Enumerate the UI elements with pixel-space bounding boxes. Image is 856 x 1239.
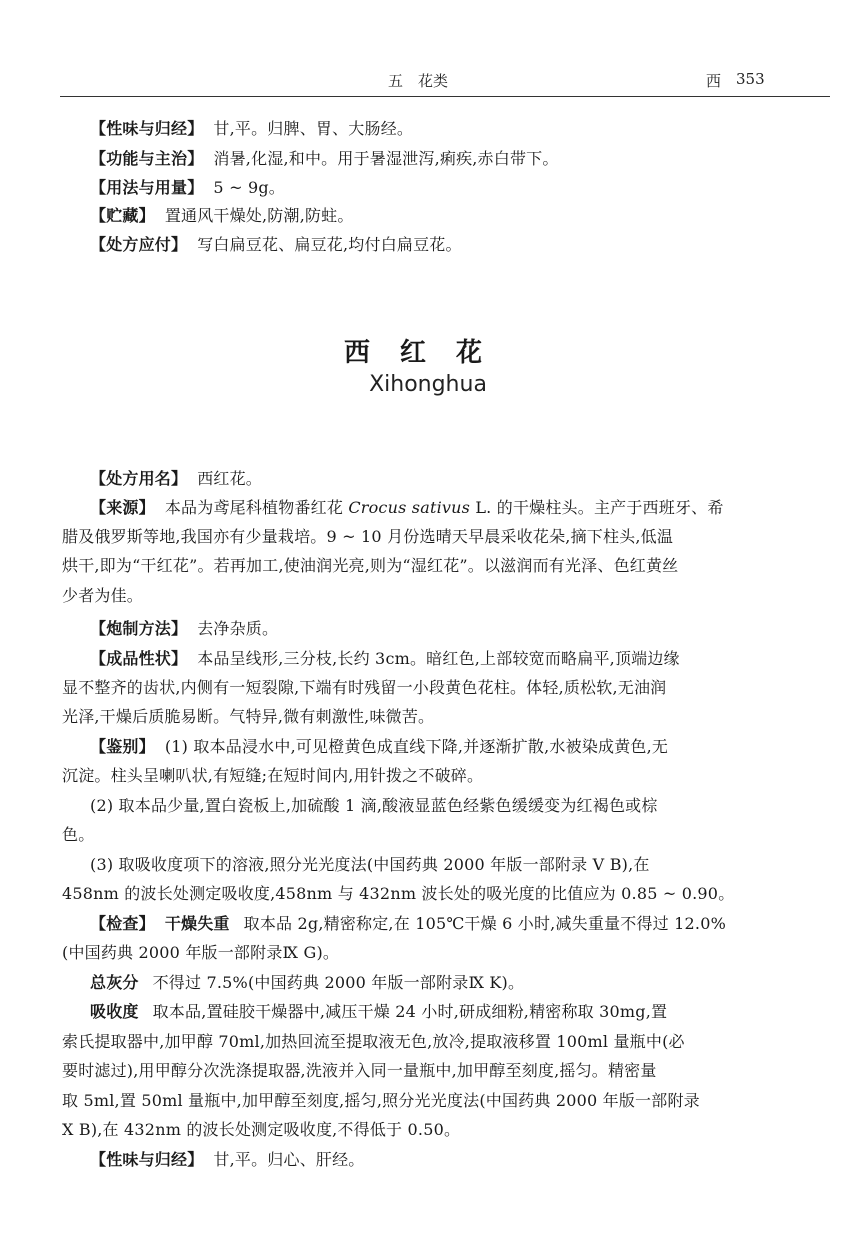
identification-p3-line-2: 458nm 的波长处测定吸收度,458nm 与 432nm 波长处的吸光度的比值…: [62, 883, 822, 905]
processing: 【炮制方法】去净杂质。: [90, 618, 850, 640]
text: 写白扁豆花、扁豆花,均付白扁豆花。: [197, 235, 462, 254]
description-line-2: 显不整齐的齿状,内侧有一短裂隙,下端有时残留一小段黄色花柱。体轻,质松软,无油润: [62, 677, 822, 699]
absorbance-line-3: 要时滤过),用甲醇分次洗涤提取器,洗液并入同一量瓶中,加甲醇至刻度,摇匀。精密量: [62, 1060, 822, 1082]
label: 【用法与用量】: [90, 178, 203, 197]
source-line-1: 【来源】本品为鸢尾科植物番红花 Crocus sativus L. 的干燥柱头。…: [90, 497, 850, 519]
label: 【处方用名】: [90, 469, 187, 488]
text: 取本品,置硅胶干燥器中,减压干燥 24 小时,研成细粉,精密称取 30mg,置: [153, 1002, 668, 1021]
prev-dispensing: 【处方应付】写白扁豆花、扁豆花,均付白扁豆花。: [90, 234, 850, 256]
text: 西红花。: [197, 469, 262, 488]
total-ash: 总灰分不得过 7.5%(中国药典 2000 年版一部附录Ⅸ K)。: [90, 972, 850, 994]
sublabel: 干燥失重: [165, 914, 230, 933]
prev-usage-dosage: 【用法与用量】5 ~ 9g。: [90, 177, 850, 199]
sublabel: 吸收度: [90, 1002, 139, 1021]
absorbance-line-1: 吸收度取本品,置硅胶干燥器中,减压干燥 24 小时,研成细粉,精密称取 30mg…: [90, 1001, 850, 1023]
identification-p3-line-1: (3) 取吸收度项下的溶液,照分光光度法(中国药典 2000 年版一部附录 Ⅴ …: [90, 854, 850, 876]
nature-meridian: 【性味与归经】甘,平。归心、肝经。: [90, 1149, 850, 1171]
label: 【性味与归经】: [90, 119, 203, 138]
text: L. 的干燥柱头。主产于西班牙、希: [470, 498, 723, 517]
text: (1) 取本品浸水中,可见橙黄色成直线下降,并逐渐扩散,水被染成黄色,无: [165, 737, 668, 756]
label: 【成品性状】: [90, 649, 187, 668]
text: 不得过 7.5%(中国药典 2000 年版一部附录Ⅸ K)。: [153, 973, 525, 992]
source-line-2: 腊及俄罗斯等地,我国亦有少量栽培。9 ~ 10 月份选晴天早晨采收花朵,摘下柱头…: [62, 526, 822, 548]
text: 5 ~ 9g。: [213, 178, 285, 197]
identification-line-1: 【鉴别】(1) 取本品浸水中,可见橙黄色成直线下降,并逐渐扩散,水被染成黄色,无: [90, 736, 850, 758]
description-line-1: 【成品性状】本品呈线形,三分枝,长约 3cm。暗红色,上部较宽而略扁平,顶端边缘: [90, 648, 850, 670]
prev-function-indication: 【功能与主治】消暑,化湿,和中。用于暑湿泄泻,痢疾,赤白带下。: [90, 148, 850, 170]
latin-name: Crocus sativus: [348, 498, 470, 517]
prev-storage: 【贮藏】置通风干燥处,防潮,防蛀。: [90, 205, 850, 227]
prev-nature-meridian: 【性味与归经】甘,平。归脾、胃、大肠经。: [90, 118, 850, 140]
description-line-3: 光泽,干燥后质脆易断。气特异,微有刺激性,味微苦。: [62, 706, 822, 728]
entry-pinyin: Xihonghua: [0, 372, 856, 397]
label: 【炮制方法】: [90, 619, 187, 638]
running-header-section: 五 花类: [388, 70, 448, 91]
inspection-line-1: 【检查】干燥失重取本品 2g,精密称定,在 105℃干燥 6 小时,减失重量不得…: [90, 913, 850, 935]
text: 消暑,化湿,和中。用于暑湿泄泻,痢疾,赤白带下。: [213, 149, 558, 168]
identification-line-2: 沉淀。柱头呈喇叭状,有短缝;在短时间内,用针拨之不破碎。: [62, 765, 822, 787]
label: 【功能与主治】: [90, 149, 203, 168]
identification-p2-line-1: (2) 取本品少量,置白瓷板上,加硫酸 1 滴,酸液显蓝色经紫色缓缓变为红褐色或…: [90, 795, 850, 817]
running-header-char: 西: [706, 70, 721, 91]
text: 去净杂质。: [197, 619, 278, 638]
label: 【性味与归经】: [90, 1150, 203, 1169]
label: 【检查】: [90, 914, 155, 933]
absorbance-line-5: Ⅹ B),在 432nm 的波长处测定吸收度,不得低于 0.50。: [62, 1119, 822, 1141]
inspection-line-2: (中国药典 2000 年版一部附录Ⅸ G)。: [62, 942, 822, 964]
entry-title: 西红花: [0, 332, 856, 369]
sublabel: 总灰分: [90, 973, 139, 992]
prescription-name: 【处方用名】西红花。: [90, 468, 850, 490]
label: 【贮藏】: [90, 206, 155, 225]
absorbance-line-4: 取 5ml,置 50ml 量瓶中,加甲醇至刻度,摇匀,照分光光度法(中国药典 2…: [62, 1090, 822, 1112]
text: 甘,平。归脾、胃、大肠经。: [213, 119, 413, 138]
source-line-4: 少者为佳。: [62, 585, 822, 607]
text: 置通风干燥处,防潮,防蛀。: [165, 206, 354, 225]
source-line-3: 烘干,即为“干红花”。若再加工,使油润光亮,则为“湿红花”。以滋润而有光泽、色红…: [62, 555, 822, 577]
label: 【来源】: [90, 498, 155, 517]
text: 取本品 2g,精密称定,在 105℃干燥 6 小时,减失重量不得过 12.0%: [244, 914, 726, 933]
text: 本品呈线形,三分枝,长约 3cm。暗红色,上部较宽而略扁平,顶端边缘: [197, 649, 680, 668]
header-rule: [60, 96, 830, 97]
label: 【鉴别】: [90, 737, 155, 756]
text: 本品为鸢尾科植物番红花: [165, 498, 349, 517]
absorbance-line-2: 索氏提取器中,加甲醇 70ml,加热回流至提取液无色,放冷,提取液移置 100m…: [62, 1031, 822, 1053]
label: 【处方应付】: [90, 235, 187, 254]
text: 甘,平。归心、肝经。: [213, 1150, 364, 1169]
identification-p2-line-2: 色。: [62, 824, 822, 846]
page-number: 353: [736, 70, 765, 88]
